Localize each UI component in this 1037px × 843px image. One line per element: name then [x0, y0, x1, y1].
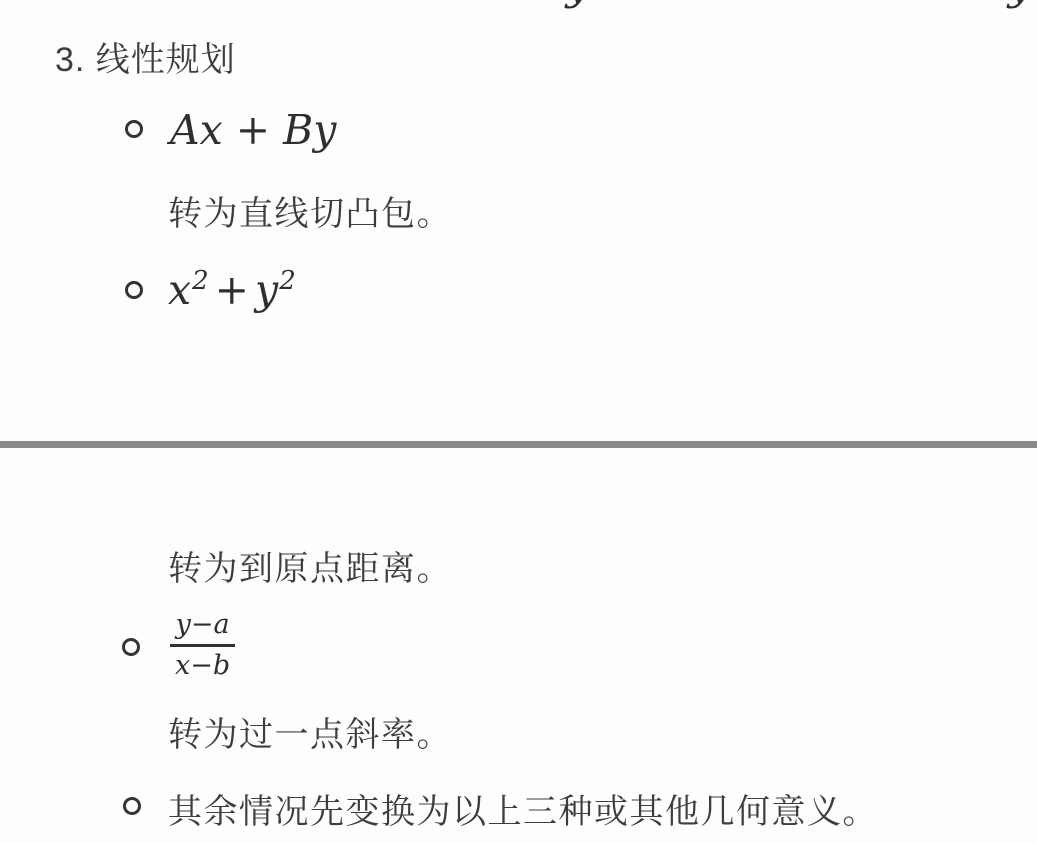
- note-line: 其余情况先变换为以上三种或其他几何意义。: [168, 791, 878, 834]
- section-heading: 3. 线性规划: [55, 40, 236, 81]
- formula-term: y: [255, 266, 278, 314]
- document-page: y ( y 3. 线性规划 Ax + By 转为直线切凸包。 x2+y2 转为到…: [0, 0, 1037, 843]
- formula-fraction-slope: y−a x−b: [170, 610, 235, 680]
- note-line: 转为直线切凸包。: [168, 193, 452, 236]
- fraction-numerator: y−a: [171, 610, 235, 644]
- fraction-denominator: x−b: [170, 644, 235, 681]
- list-bullet-circle-icon: [125, 281, 143, 299]
- list-bullet-circle-icon: [125, 120, 143, 138]
- clipped-previous-line: y ( y: [0, 0, 1037, 10]
- note-line: 转为过一点斜率。: [168, 714, 452, 757]
- formula-operator: +: [209, 266, 255, 314]
- page-break-divider: [0, 441, 1037, 448]
- list-bullet-circle-icon: [123, 797, 141, 815]
- list-bullet-circle-icon: [122, 638, 140, 656]
- formula-term: x: [168, 266, 191, 314]
- formula-exponent: 2: [279, 266, 296, 296]
- formula-exponent: 2: [192, 266, 209, 296]
- clipped-glyph-fragment: y: [1008, 0, 1032, 6]
- note-line: 转为到原点距离。: [168, 548, 452, 591]
- formula-x2-plus-y2: x2+y2: [168, 268, 296, 311]
- formula-ax-plus-by: Ax + By: [170, 110, 336, 151]
- clipped-glyph-fragment: y: [566, 0, 590, 6]
